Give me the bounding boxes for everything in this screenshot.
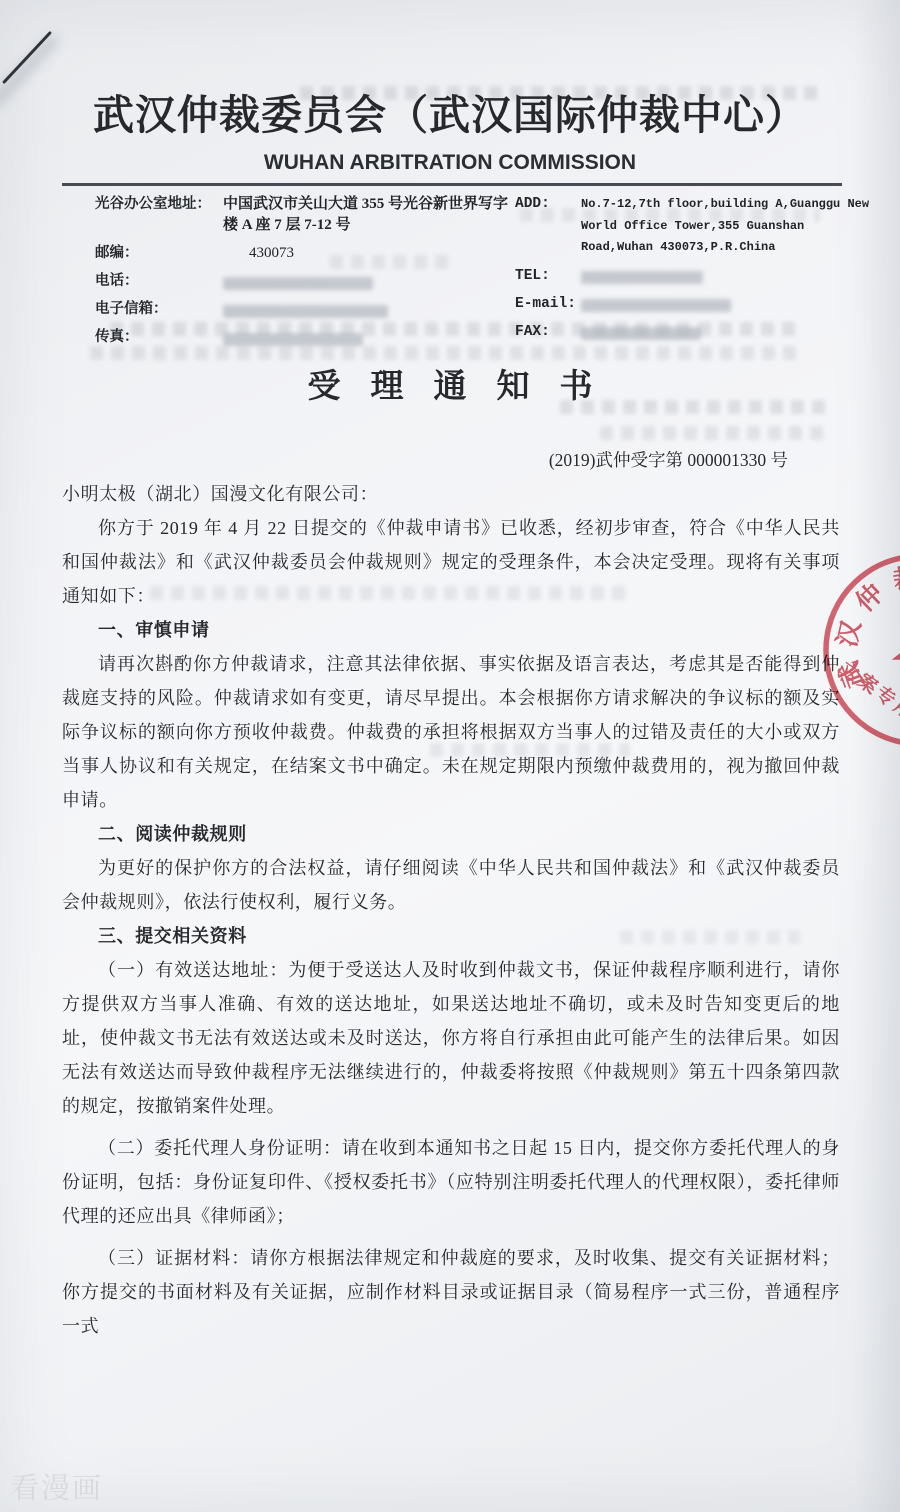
tel-label-en: TEL: — [515, 266, 581, 287]
phone-value-redacted — [223, 271, 373, 292]
contact-row-add-en: ADD: No.7-12,7th floor,building A,Guangg… — [515, 194, 879, 259]
organization-title-en: WUHAN ARBITRATION COMMISSION — [0, 151, 900, 175]
letterhead: 武汉仲裁委员会（武汉国际仲裁中心） WUHAN ARBITRATION COMM… — [0, 82, 900, 175]
recipient-line: 小明太极（湖北）国漫文化有限公司： — [62, 477, 840, 511]
official-seal-stamp: 武 汉 仲 裁 委 员 会 立案专用章 — [770, 500, 900, 800]
contact-row-email-en: E-mail: — [515, 294, 879, 315]
postcode-label: 邮编： — [95, 243, 223, 264]
scanned-document-page: 武汉仲裁委员会（武汉国际仲裁中心） WUHAN ARBITRATION COMM… — [0, 0, 900, 1512]
email-value-redacted — [223, 299, 388, 320]
scan-line-artifact — [2, 31, 52, 84]
organization-title-cn: 武汉仲裁委员会（武汉国际仲裁中心） — [0, 82, 900, 141]
tel-value-redacted — [581, 266, 703, 287]
contact-right-column: ADD: No.7-12,7th floor,building A,Guangg… — [515, 194, 879, 355]
body-paragraph: 为更好的保护你方的合法权益，请仔细阅读《中华人民共和国仲裁法》和《武汉仲裁委员会… — [62, 851, 840, 919]
email-label: 电子信箱： — [95, 299, 223, 320]
stamp-star-icon — [883, 609, 900, 686]
body-paragraph: 你方于 2019 年 4 月 22 日提交的《仲裁申请书》已收悉，经初步审查，符… — [62, 511, 840, 613]
stamp-ring-char: 裁 — [891, 562, 900, 595]
contact-row-email: 电子信箱： — [95, 299, 515, 320]
fax-en-value-redacted — [581, 322, 701, 343]
fax-label-en: FAX: — [515, 322, 581, 343]
case-number: (2019)武仲受字第 000001330 号 — [62, 447, 788, 472]
contact-row-fax-en: FAX: — [515, 322, 879, 343]
contact-left-column: 光谷办公室地址： 中国武汉市关山大道 355 号光谷新世界写字楼 A 座 7 层… — [95, 194, 515, 355]
fax-value-redacted — [223, 327, 363, 348]
stamp-ring — [789, 519, 900, 781]
add-value-en: No.7-12,7th floor,building A,Guanggu New… — [581, 194, 879, 259]
section-heading-2: 二、阅读仲裁规则 — [62, 817, 840, 851]
add-label-en: ADD: — [515, 194, 581, 259]
section-heading-1: 一、审慎申请 — [62, 613, 840, 647]
contact-row-postcode: 邮编： 430073 — [95, 243, 515, 264]
postcode-value: 430073 — [223, 243, 294, 264]
body-paragraph: （一）有效送达地址：为便于受送达人及时收到仲裁文书，保证仲裁程序顺利进行，请你方… — [62, 953, 840, 1123]
body-paragraph: （二）委托代理人身份证明：请在收到本通知书之日起 15 日内，提交你方委托代理人… — [62, 1131, 840, 1233]
contact-row-fax: 传真： — [95, 327, 515, 348]
stamp-ring-char: 汉 — [832, 617, 866, 650]
document-title: 受理通知书 — [0, 360, 900, 407]
body-paragraph: （三）证据材料：请你方根据法律规定和仲裁庭的要求，及时收集、提交有关证据材料；你… — [62, 1241, 840, 1343]
contact-row-tel-en: TEL: — [515, 266, 879, 287]
bleedthrough-artifact — [600, 426, 830, 440]
contact-info-block: 光谷办公室地址： 中国武汉市关山大道 355 号光谷新世界写字楼 A 座 7 层… — [95, 194, 844, 355]
letterhead-divider — [62, 183, 842, 186]
phone-label: 电话： — [95, 271, 223, 292]
section-heading-3: 三、提交相关资料 — [62, 919, 840, 953]
letter-body: 小明太极（湖北）国漫文化有限公司： 你方于 2019 年 4 月 22 日提交的… — [62, 477, 840, 1343]
email-en-value-redacted — [581, 294, 731, 315]
fax-label: 传真： — [95, 327, 223, 348]
site-watermark: 看漫画 — [10, 1466, 103, 1507]
email-label-en: E-mail: — [515, 294, 581, 315]
address-value: 中国武汉市关山大道 355 号光谷新世界写字楼 A 座 7 层 7-12 号 — [223, 194, 515, 236]
contact-row-address: 光谷办公室地址： 中国武汉市关山大道 355 号光谷新世界写字楼 A 座 7 层… — [95, 194, 515, 236]
address-label: 光谷办公室地址： — [95, 194, 223, 236]
body-paragraph: 请再次斟酌你方仲裁请求，注意其法律依据、事实依据及语言表达，考虑其是否能得到仲裁… — [62, 647, 840, 817]
contact-row-phone: 电话： — [95, 271, 515, 292]
